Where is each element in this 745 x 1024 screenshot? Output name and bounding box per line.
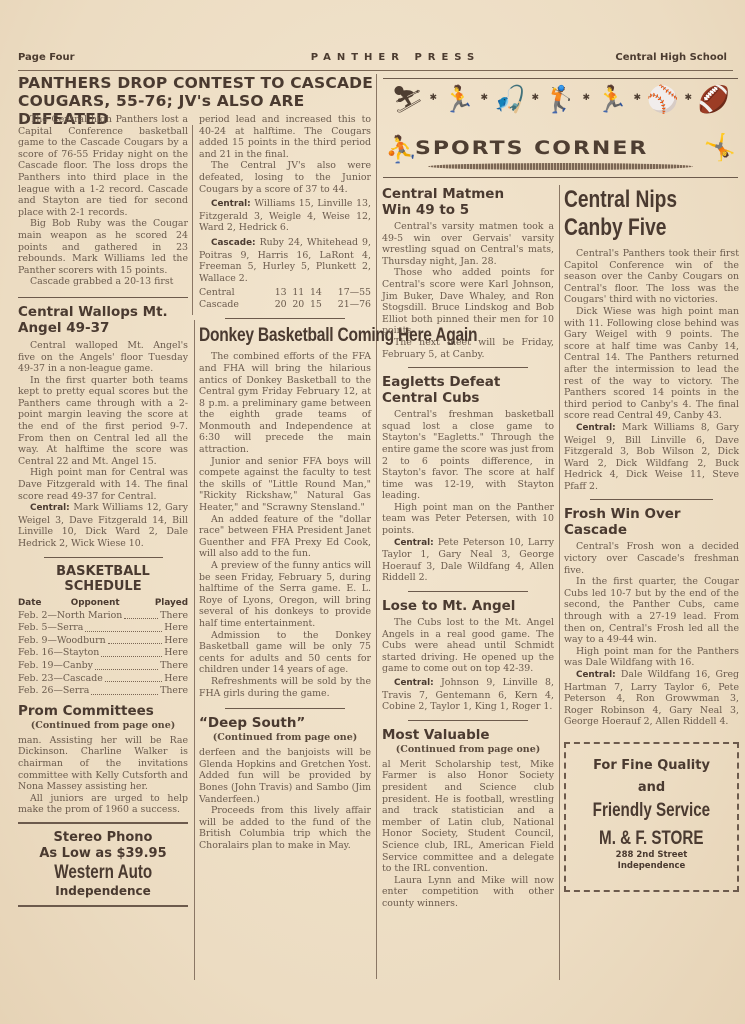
ad-line: For Fine Quality (570, 758, 733, 774)
lead-paragraph: Big Bob Ruby was the Cougar main weapon … (18, 218, 188, 276)
donkey-paragraph: Junior and senior FFA boys will compete … (199, 456, 371, 514)
score-q2: 20 (287, 299, 305, 311)
bowler-icon: 🏃 (443, 83, 475, 117)
leader-dots (108, 643, 163, 644)
leader-dots (124, 618, 158, 619)
ad-address: 288 2nd Street (570, 850, 733, 861)
masthead: Page Four PANTHER PRESS Central High Sch… (18, 48, 733, 71)
lose-mt-angel-paragraph: The Cubs lost to the Mt. Angel Angels in… (382, 617, 554, 675)
column-3: Central Matmen Win 49 to 5 Central's var… (382, 186, 554, 910)
prom-headline: Prom Committees (18, 703, 188, 719)
western-auto-ad: Stereo Phono As Low as $39.95 Western Au… (18, 830, 188, 899)
score-team: Central (199, 287, 269, 299)
divider (18, 822, 188, 824)
schedule-date: Feb. 9 (18, 635, 47, 648)
scoreboard: Central13111417—55Cascade20201521—76 (199, 287, 371, 311)
frosh-paragraph: In the first quarter, the Cougar Cubs le… (564, 576, 739, 646)
schedule-opponent: Serra (63, 685, 90, 698)
donkey-body: The combined efforts of the FFA and FHA … (199, 351, 371, 699)
newspaper-page: Page Four PANTHER PRESS Central High Sch… (0, 0, 745, 1024)
scoreboard-row: Cascade20201521—76 (199, 299, 371, 311)
column-rule (194, 320, 195, 980)
eagletts-paragraph: Central's freshman basketball squad lost… (382, 409, 554, 502)
donkey-paragraph: Admission to the Donkey Basketball game … (199, 630, 371, 676)
matmen-paragraph: The next meet will be Friday, February 5… (382, 337, 554, 360)
golfer-icon: 🏌 (545, 83, 577, 117)
ad-line: Stereo Phono (18, 830, 188, 846)
divider (408, 367, 528, 368)
star-icon: ✱ (583, 93, 591, 103)
frosh-lineup: Central: Dale Wildfang 16, Greg Hartman … (564, 669, 739, 728)
lead-paragraph: period lead and increased this to 40-24 … (199, 114, 371, 160)
sports-figures: ⛷ ✱ 🏃 ✱ 🎣 ✱ 🏌 ✱ 🏃 ✱ ⚾ ✱ 🏈 (391, 83, 730, 117)
schedule-header-opponent: Opponent (56, 598, 135, 610)
ad-line: and (570, 780, 733, 796)
wallops-headline: Central Wallops Mt. Angel 49-37 (18, 304, 188, 336)
mf-store-ad: For Fine Quality and Friendly Service M.… (564, 742, 739, 892)
donkey-paragraph: A preview of the funny antics will be se… (199, 560, 371, 630)
leader-dots (85, 631, 162, 632)
score-team: Cascade (199, 299, 269, 311)
ad-location: Independence (570, 861, 733, 872)
column-4: Central Nips Canby Five Central's Panthe… (564, 186, 739, 892)
frosh-headline: Frosh Win Over Cascade (564, 506, 684, 538)
divider (408, 591, 528, 592)
leader-dots (91, 694, 158, 695)
lead-story-col1: The Central high Panthers lost a Capital… (18, 114, 188, 913)
canby-headline-line1: Central Nips (564, 186, 704, 214)
skier-icon: ⛷ (391, 83, 424, 117)
fisherman-icon: 🎣 (494, 83, 526, 117)
star-icon: ✱ (481, 93, 489, 103)
lose-mt-angel-lineup: Central: Johnson 9, Linville 8, Travis 7… (382, 677, 554, 713)
wallops-paragraph: High point man for Central was Dave Fitz… (18, 467, 188, 502)
schedule-date: Feb. 5 (18, 622, 47, 635)
donkey-paragraph: The combined efforts of the FFA and FHA … (199, 351, 371, 455)
sports-corner-banner: ⛷ ✱ 🏃 ✱ 🎣 ✱ 🏌 ✱ 🏃 ✱ ⚾ ✱ 🏈 ⛹ 🤸 SPORTS COR… (383, 78, 738, 178)
eagletts-headline: Eagletts Defeat Central Cubs (382, 374, 522, 406)
most-valuable-paragraph: Laura Lynn and Mike will now enter compe… (382, 875, 554, 910)
schedule-header-date: Date (18, 598, 56, 610)
leader-dots (101, 656, 162, 657)
frosh-paragraph: Central's Frosh won a decided victory ov… (564, 541, 739, 576)
ad-brand: Western Auto (54, 862, 152, 884)
donkey-headline: Donkey Basketball Coming Here Again (199, 325, 371, 347)
lead-paragraph: The Central JV's also were defeated, los… (199, 160, 371, 195)
schedule-row: Feb. 23—CascadeHere (18, 673, 188, 686)
ad-price: As Low as $39.95 (18, 846, 188, 862)
leader-dots (105, 681, 162, 682)
score-q3: 14 (304, 287, 322, 299)
wallops-lineup: Central: Mark Williams 12, Gary Weigel 3… (18, 502, 188, 549)
school-name: Central High School (615, 52, 727, 63)
donkey-paragraph: Refreshments will be sold by the FHA gir… (199, 676, 371, 699)
schedule-opponent: North Marion (57, 610, 122, 623)
eagletts-lineup: Central: Pete Peterson 10, Larry Taylor … (382, 537, 554, 584)
leader-dots (95, 669, 158, 670)
schedule-opponent: Woodburn (57, 635, 106, 648)
schedule-opponent: Cascade (63, 673, 103, 686)
schedule-played: Here (164, 673, 188, 686)
score-q4_total: 17—55 (322, 287, 371, 299)
diver-icon: 🤸 (704, 131, 736, 165)
deep-south-paragraph: Proceeds from this lively affair will be… (199, 805, 371, 851)
canby-paragraph: Dick Wiese was high point man with 11. F… (564, 306, 739, 422)
score-q3: 15 (304, 299, 322, 311)
continued-note: (Continued from page one) (199, 732, 371, 744)
canby-lineup: Central: Mark Williams 8, Gary Weigel 9,… (564, 422, 739, 493)
schedule-played: Here (164, 622, 188, 635)
divider (408, 720, 528, 721)
schedule-date: Feb. 23 (18, 673, 53, 686)
most-valuable-headline: Most Valuable (382, 727, 554, 743)
schedule-header-played: Played (135, 598, 189, 610)
lose-mt-angel-headline: Lose to Mt. Angel (382, 598, 554, 614)
schedule-title: BASKETBALL SCHEDULE (43, 564, 163, 594)
deep-south-headline: “Deep South” (199, 715, 371, 731)
deep-south-paragraph: derfeen and the banjoists will be Glenda… (199, 747, 371, 805)
matmen-paragraph: Central's varsity matmen took a 49-5 win… (382, 221, 554, 267)
divider (44, 557, 163, 558)
prom-paragraph: All juniors are urged to help make the p… (18, 793, 188, 816)
schedule-played: There (160, 685, 188, 698)
schedule-table: Date Opponent Played Feb. 2—North Marion… (18, 598, 188, 698)
score-q1: 20 (269, 299, 287, 311)
schedule-row: Feb. 2—North MarionThere (18, 610, 188, 623)
prom-paragraph: man. Assisting her will be Rae Dickinson… (18, 735, 188, 793)
continued-note: (Continued from page one) (382, 744, 554, 756)
schedule-row: Feb. 26—SerraThere (18, 685, 188, 698)
lead-paragraph: Cascade grabbed a 20-13 first (18, 276, 188, 288)
star-icon: ✱ (532, 93, 540, 103)
football-runner-icon: 🏈 (698, 83, 730, 117)
schedule-row: Feb. 16—StaytonHere (18, 647, 188, 660)
lead-lineup-central: Central: Williams 15, Linville 13, Fitzg… (199, 198, 371, 234)
divider (590, 499, 713, 500)
score-q4_total: 21—76 (322, 299, 371, 311)
score-q1: 13 (269, 287, 287, 299)
divider (225, 708, 345, 709)
schedule-played: There (160, 610, 188, 623)
eagletts-paragraph: High point man on the Panther team was P… (382, 502, 554, 537)
canby-headline-line2: Canby Five (564, 214, 704, 242)
column-rule (192, 125, 193, 315)
matmen-paragraph: Those who added points for Central's sco… (382, 267, 554, 337)
schedule-opponent: Stayton (63, 647, 100, 660)
column-rule (376, 74, 377, 979)
ad-location: Independence (18, 884, 188, 899)
wallops-paragraph: Central walloped Mt. Angel's five on the… (18, 340, 188, 375)
batter-icon: ⚾ (647, 83, 679, 117)
swoosh-decoration (428, 163, 693, 170)
matmen-headline: Central Matmen Win 49 to 5 (382, 186, 512, 218)
schedule-date: Feb. 19 (18, 660, 53, 673)
schedule-row: Feb. 19—CanbyThere (18, 660, 188, 673)
scoreboard-row: Central13111417—55 (199, 287, 371, 299)
schedule-date: Feb. 16 (18, 647, 53, 660)
schedule-played: Here (164, 647, 188, 660)
lead-paragraph: The Central high Panthers lost a Capital… (18, 114, 188, 218)
star-icon: ✱ (430, 93, 438, 103)
schedule-row: Feb. 9—WoodburnHere (18, 635, 188, 648)
schedule-date: Feb. 26 (18, 685, 53, 698)
ad-line: Friendly Service (593, 800, 710, 822)
schedule-opponent: Serra (57, 622, 84, 635)
sports-corner-title: SPORTS CORNER (415, 139, 648, 159)
runner-icon: 🏃 (596, 83, 628, 117)
lead-story-col2: period lead and increased this to 40-24 … (199, 114, 371, 851)
divider (225, 318, 345, 319)
schedule-played: Here (164, 635, 188, 648)
schedule-opponent: Canby (63, 660, 93, 673)
most-valuable-paragraph: al Merit Scholarship test, Mike Farmer i… (382, 759, 554, 875)
frosh-paragraph: High point man for the Panthers was Dale… (564, 646, 739, 669)
star-icon: ✱ (633, 93, 641, 103)
schedule-row: Feb. 5—SerraHere (18, 622, 188, 635)
continued-note: (Continued from page one) (18, 720, 188, 732)
star-icon: ✱ (684, 93, 692, 103)
lead-lineup-cascade: Cascade: Ruby 24, Whitehead 9, Poitras 9… (199, 237, 371, 284)
score-q2: 11 (287, 287, 305, 299)
column-rule (559, 185, 560, 980)
divider (18, 905, 188, 907)
schedule-played: There (160, 660, 188, 673)
divider (18, 297, 188, 298)
wallops-paragraph: In the first quarter both teams kept to … (18, 375, 188, 468)
donkey-paragraph: An added feature of the "dollar race" be… (199, 514, 371, 560)
ad-store-name: M. & F. STORE (599, 828, 703, 850)
basketball-player-icon: ⛹ (385, 133, 417, 167)
canby-paragraph: Central's Panthers took their first Capi… (564, 248, 739, 306)
schedule-date: Feb. 2 (18, 610, 47, 623)
